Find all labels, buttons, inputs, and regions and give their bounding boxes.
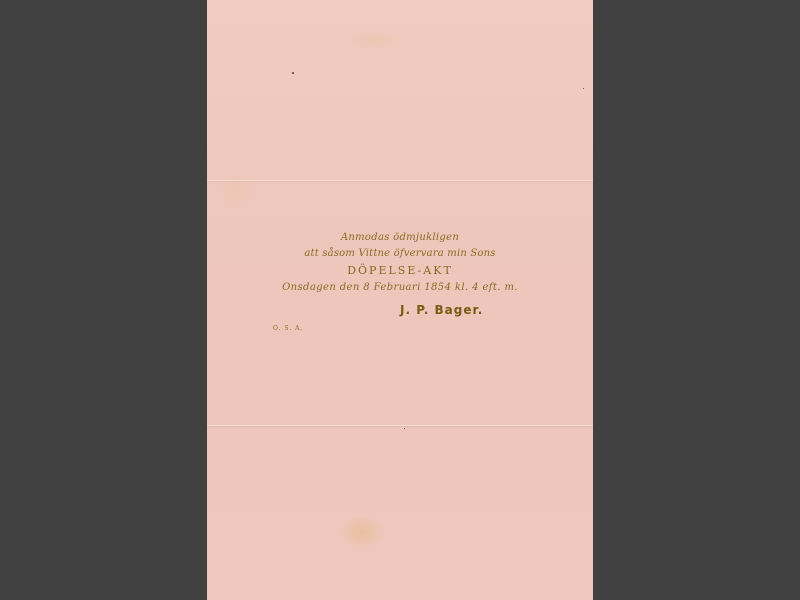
paper-speck (404, 428, 405, 429)
signature: J. P. Bager. (400, 303, 483, 317)
invitation-card: Anmodas ödmjukligen att såsom Vittne öfv… (207, 0, 593, 600)
invitation-line-request: Anmodas ödmjukligen (207, 229, 593, 246)
paper-speck (583, 88, 584, 89)
invitation-line-event-title: DÖPELSE-AKT (207, 262, 593, 280)
document-viewer: Anmodas ödmjukligen att såsom Vittne öfv… (0, 0, 800, 600)
invitation-text: Anmodas ödmjukligen att såsom Vittne öfv… (207, 229, 593, 296)
invitation-line-witness: att såsom Vittne öfvervara min Sons (207, 246, 593, 262)
paper-speck (292, 72, 294, 74)
rsvp-note: O. S. A. (273, 325, 303, 332)
invitation-line-date: Onsdagen den 8 Februari 1854 kl. 4 eft. … (207, 280, 593, 296)
fold-line-top (207, 180, 593, 181)
fold-line-bottom (207, 425, 593, 426)
